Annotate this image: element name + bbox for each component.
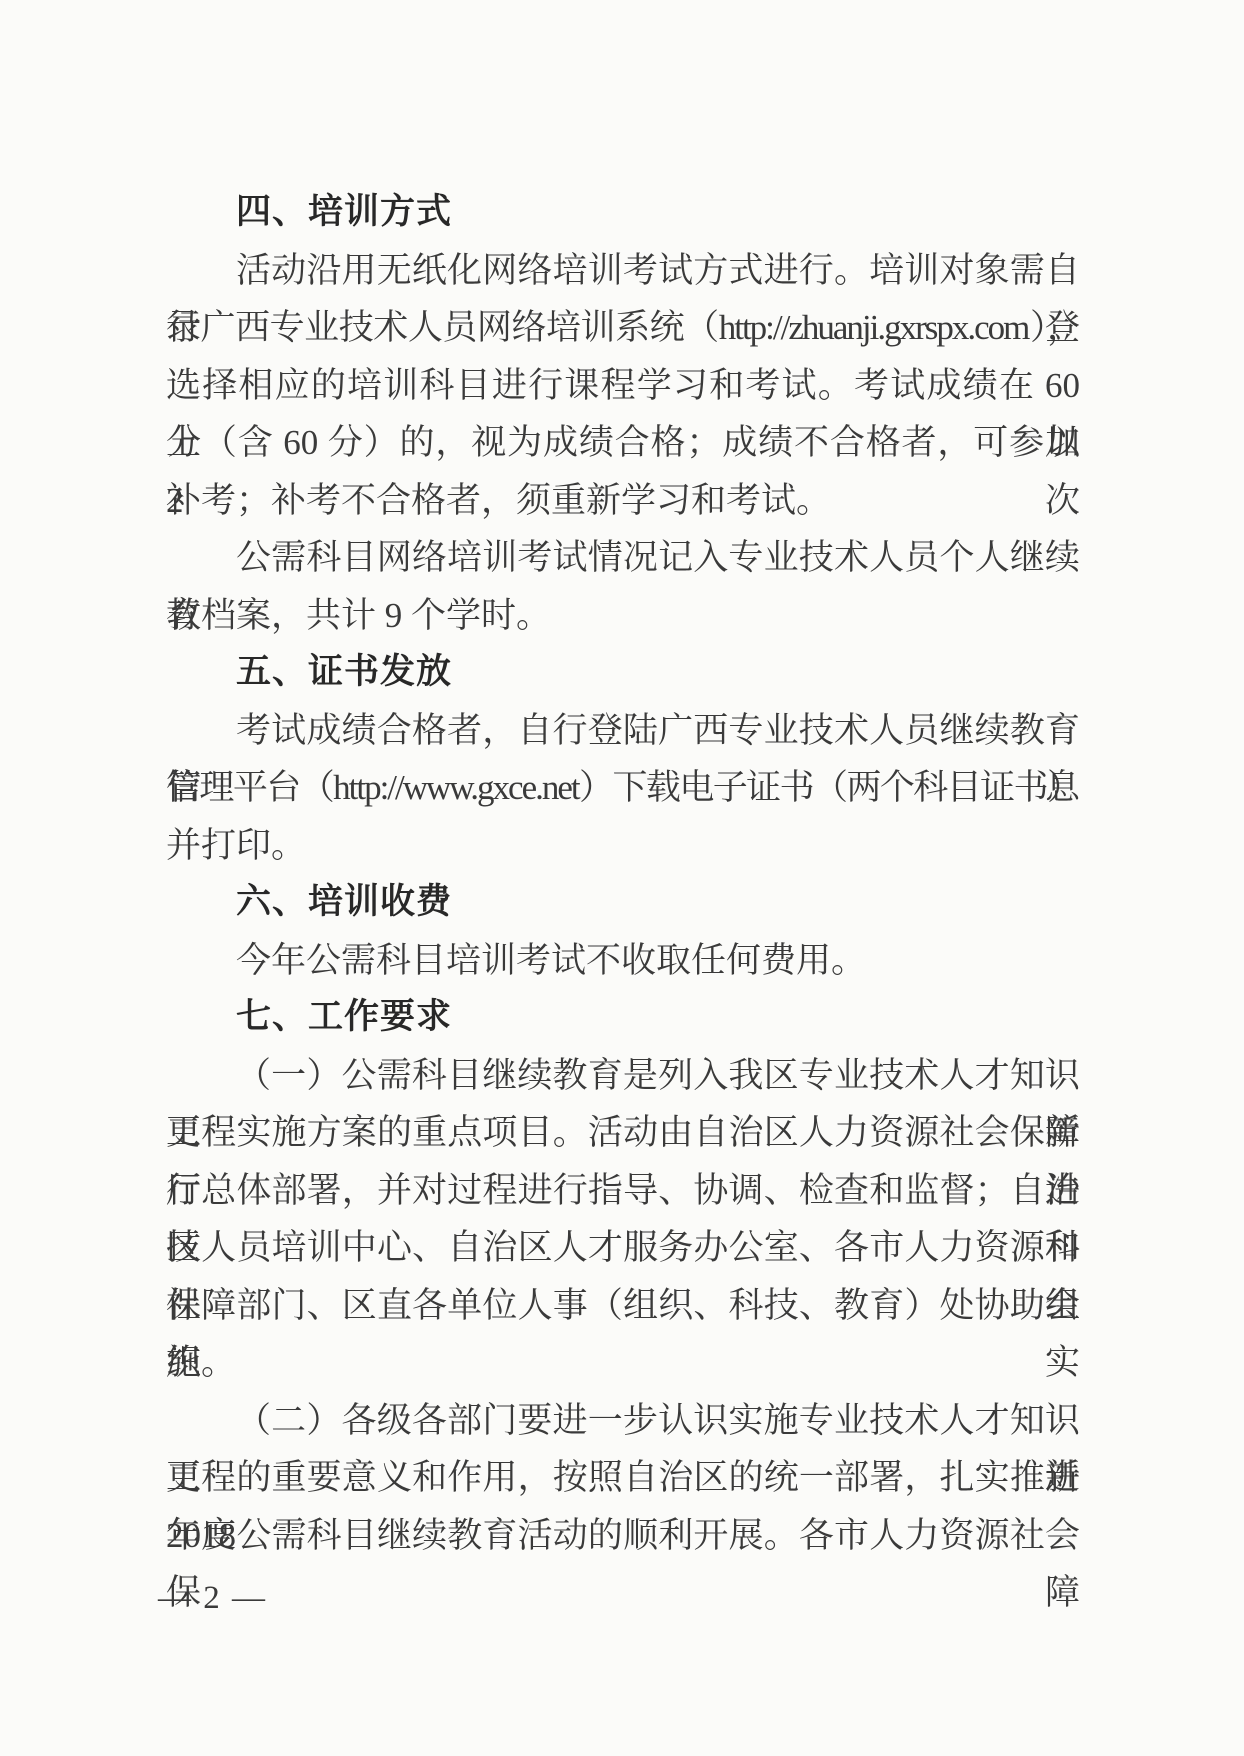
text-line: 公需科目网络培训考试情况记入专业技术人员个人继续教 <box>166 529 1080 587</box>
text-line: 育档案，共计 9 个学时。 <box>166 587 1080 645</box>
text-line: 并打印。 <box>166 817 1080 875</box>
text-line-url: 管理平台（http://www.gxce.net）下载电子证书（两个科目证书） <box>166 759 1080 817</box>
document-page: 四、培训方式 活动沿用无纸化网络培训考试方式进行。培训对象需自行登 录广西专业技… <box>166 184 1080 1564</box>
text-line: 工程的重要意义和作用，按照自治区的统一部署，扎实推进 2018 <box>166 1449 1080 1507</box>
text-line: 今年公需科目培训考试不收取任何费用。 <box>166 932 1080 990</box>
text-line: 活动沿用无纸化网络培训考试方式进行。培训对象需自行登 <box>166 242 1080 300</box>
text-line: 年度公需科目继续教育活动的顺利开展。各市人力资源社会保障 <box>166 1507 1080 1565</box>
text-line: 选择相应的培训科目进行课程学习和考试。考试成绩在 60 分以 <box>166 357 1080 415</box>
text-line: 技人员培训中心、自治区人才服务办公室、各市人力资源和社会 <box>166 1219 1080 1277</box>
text-line: 工程实施方案的重点项目。活动由自治区人力资源社会保障厅进 <box>166 1104 1080 1162</box>
text-line: （一）公需科目继续教育是列入我区专业技术人才知识更新 <box>166 1047 1080 1105</box>
section-heading-5: 五、证书发放 <box>166 644 1080 702</box>
text-line: （二）各级各部门要进一步认识实施专业技术人才知识更新 <box>166 1392 1080 1450</box>
section-heading-7: 七、工作要求 <box>166 989 1080 1047</box>
section-heading-4: 四、培训方式 <box>166 184 1080 242</box>
text-line: 保障部门、区直各单位人事（组织、科技、教育）处协助组织实 <box>166 1277 1080 1335</box>
text-line-url: 录广西专业技术人员网络培训系统（http://zhuanji.gxrspx.co… <box>166 299 1080 357</box>
section-heading-6: 六、培训收费 <box>166 874 1080 932</box>
page-number: — 2 — <box>158 1580 267 1617</box>
text-line: 上（含 60 分）的，视为成绩合格；成绩不合格者，可参加 2 次 <box>166 414 1080 472</box>
text-line: 考试成绩合格者，自行登陆广西专业技术人员继续教育信息 <box>166 702 1080 760</box>
text-line: 行总体部署，并对过程进行指导、协调、检查和监督；自治区科 <box>166 1162 1080 1220</box>
